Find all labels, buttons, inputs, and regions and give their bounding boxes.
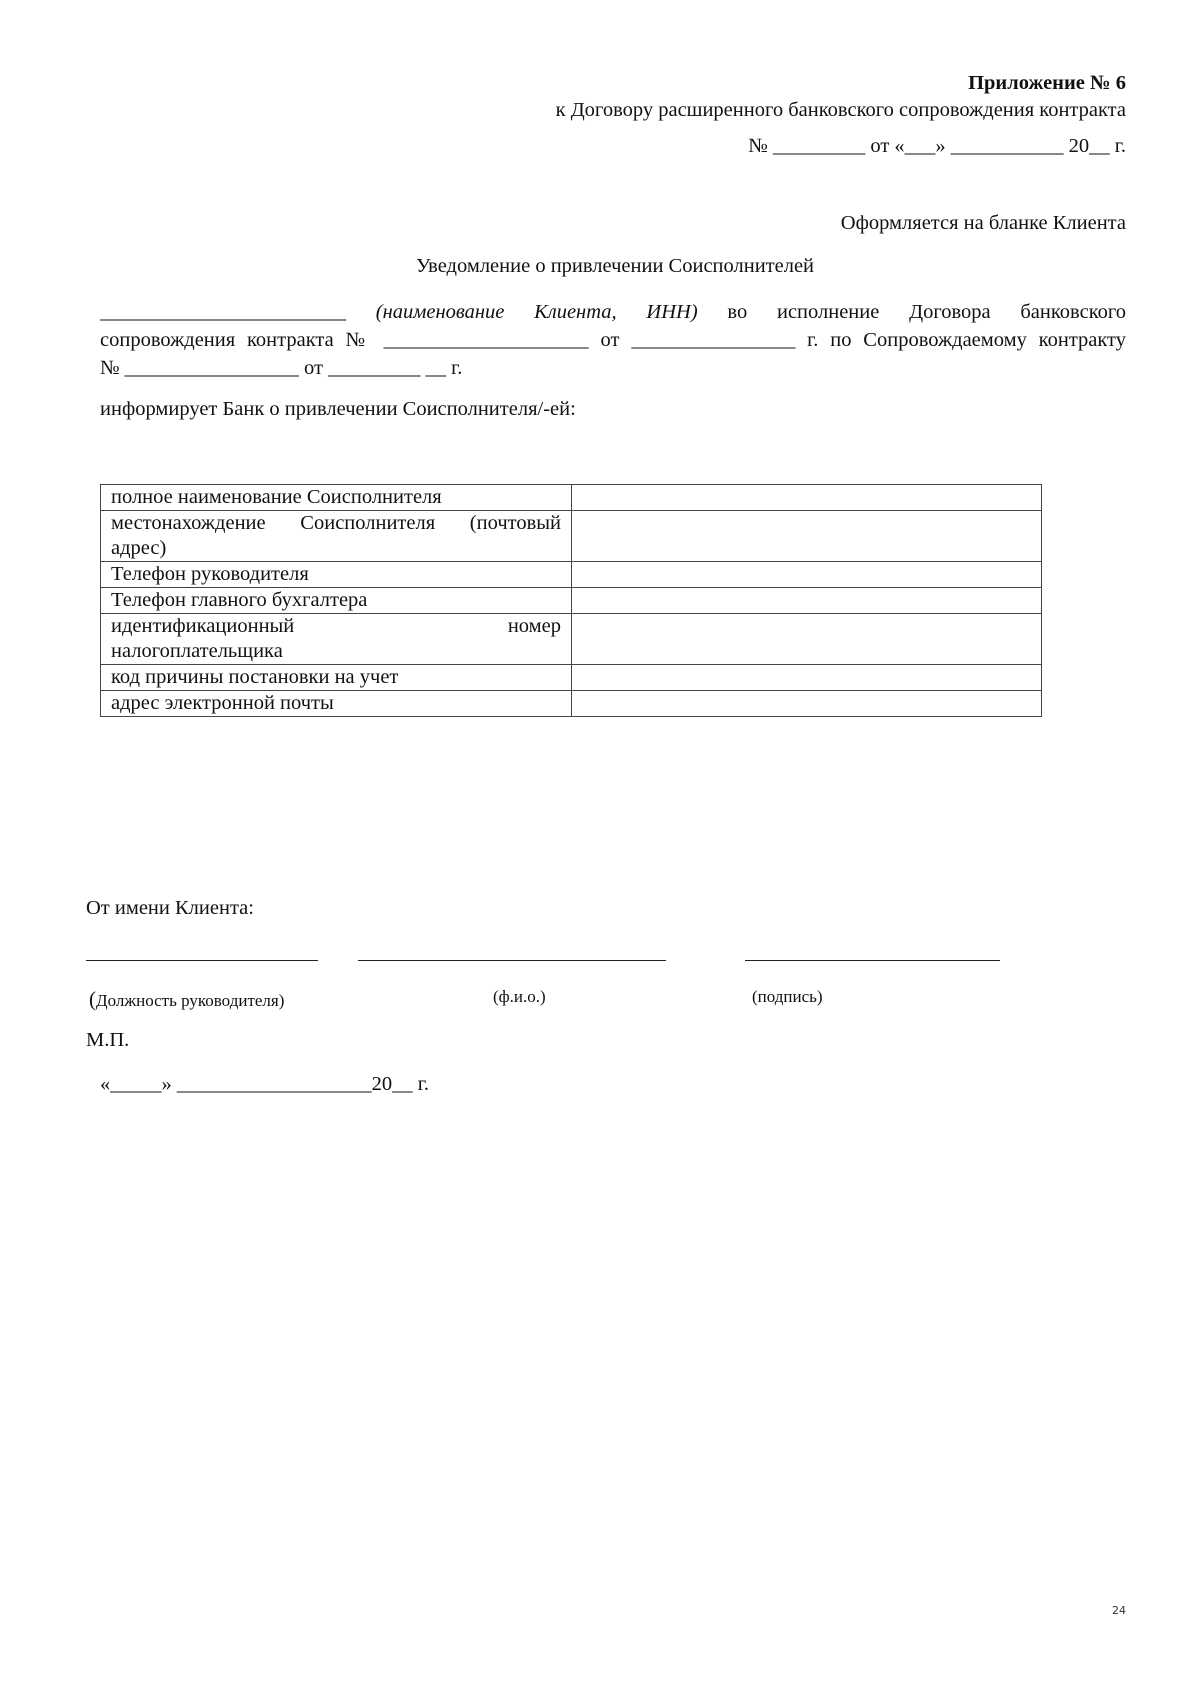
table-row: адрес электронной почты xyxy=(101,691,1042,717)
appendix-title: Приложение № 6 xyxy=(968,72,1126,95)
name-signature-line[interactable] xyxy=(358,960,666,961)
table-row: полное наименование Соисполнителя xyxy=(101,485,1042,511)
row-value-accountant-phone[interactable] xyxy=(572,588,1042,614)
intro-line-2: сопровождения контракта № ______________… xyxy=(100,326,1126,354)
name-caption: (ф.и.о.) xyxy=(493,987,546,1007)
cosubcontractor-table: полное наименование Соисполнителя местон… xyxy=(100,484,1042,717)
row-label-kpp: код причины постановки на учет xyxy=(101,665,572,691)
row-value-full-name[interactable] xyxy=(572,485,1042,511)
intro-line-1-text: во исполнение Договора банковского xyxy=(727,301,1126,323)
contract-number-line: № _________ от «___» ___________ 20__ г. xyxy=(748,135,1126,158)
table-row: идентификационный номерналогоплательщика xyxy=(101,614,1042,665)
intro-paragraph: ________________________ (наименование К… xyxy=(100,298,1126,382)
table-row: Телефон руководителя xyxy=(101,562,1042,588)
intro-line-3: № _________________ от _________ __ г. xyxy=(100,354,1126,382)
on-behalf-label: От имени Клиента: xyxy=(86,897,254,920)
document-title: Уведомление о привлечении Соисполнителей xyxy=(0,255,1199,278)
row-label-full-name: полное наименование Соисполнителя xyxy=(101,485,572,511)
signature-caption: (подпись) xyxy=(752,987,823,1007)
table-row: код причины постановки на учет xyxy=(101,665,1042,691)
row-label-location: местонахождение Соисполнителя (почтовыйа… xyxy=(101,511,572,562)
row-value-kpp[interactable] xyxy=(572,665,1042,691)
informs-text: информирует Банк о привлечении Соисполни… xyxy=(100,398,576,421)
signature-line[interactable] xyxy=(745,960,1000,961)
row-label-accountant-phone: Телефон главного бухгалтера xyxy=(101,588,572,614)
table-row: местонахождение Соисполнителя (почтовыйа… xyxy=(101,511,1042,562)
intro-line-1: ________________________ (наименование К… xyxy=(100,298,1126,326)
signature-date-line[interactable]: «_____» ___________________20__ г. xyxy=(100,1073,429,1096)
row-label-email: адрес электронной почты xyxy=(101,691,572,717)
page-number: 24 xyxy=(1112,1604,1126,1617)
form-note: Оформляется на бланке Клиента xyxy=(841,212,1126,235)
stamp-placeholder: М.П. xyxy=(86,1029,129,1052)
client-name-blank[interactable]: ________________________ xyxy=(100,301,346,323)
row-value-email[interactable] xyxy=(572,691,1042,717)
position-caption: (Должность руководителя) xyxy=(89,987,284,1012)
appendix-subtitle: к Договору расширенного банковского сопр… xyxy=(556,99,1126,122)
row-value-inn[interactable] xyxy=(572,614,1042,665)
row-label-director-phone: Телефон руководителя xyxy=(101,562,572,588)
position-signature-line[interactable] xyxy=(86,960,318,961)
row-label-inn: идентификационный номерналогоплательщика xyxy=(101,614,572,665)
client-name-hint: (наименование Клиента, ИНН) xyxy=(376,301,698,323)
row-value-director-phone[interactable] xyxy=(572,562,1042,588)
table-row: Телефон главного бухгалтера xyxy=(101,588,1042,614)
row-value-location[interactable] xyxy=(572,511,1042,562)
